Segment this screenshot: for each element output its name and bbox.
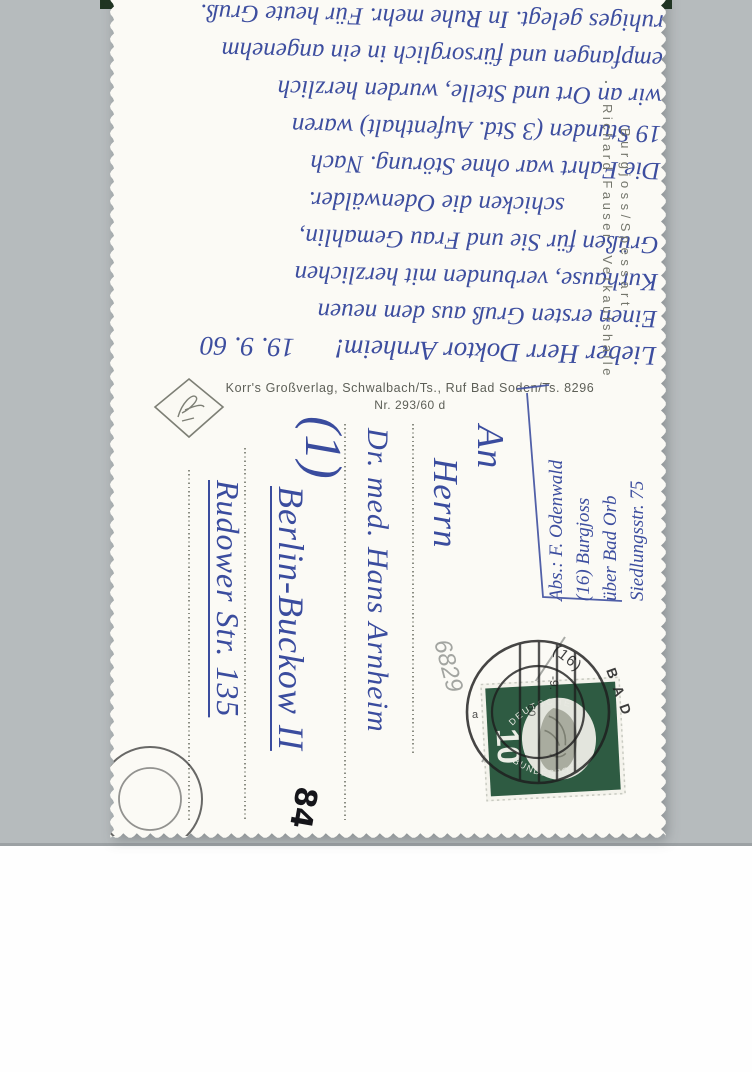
- handwritten-message: Lieber Herr Doktor Arnheim! 19. 9. 60 Ei…: [112, 0, 664, 374]
- sender-address: Abs.: F. Odenwald (16) Burgjoss über Bad…: [543, 460, 651, 601]
- postcard-back: Lieber Herr Doktor Arnheim! 19. 9. 60 Ei…: [110, 0, 666, 838]
- sender-line: Abs.: F. Odenwald: [543, 460, 570, 601]
- publisher-logo-icon: [152, 377, 226, 439]
- postmark-index-letter: a: [472, 709, 479, 721]
- address-city: Berlin-Buckow II: [270, 486, 312, 751]
- postmark: (16) BAD a -9. 60: [460, 620, 660, 815]
- credit-bullet: ·: [603, 72, 609, 93]
- address-street: Rudower Str. 135: [209, 480, 246, 717]
- address-title: Herrn: [425, 458, 465, 549]
- address-rule-line: [344, 424, 346, 822]
- postmark-date: -9.: [547, 676, 561, 690]
- sender-line: (16) Burgjoss: [570, 460, 597, 601]
- address-salutation: An: [468, 425, 512, 469]
- photographer-credit: Richard Fauser, Verkaufshalle: [600, 104, 615, 379]
- sender-line: Siedlungsstr. 75: [624, 460, 651, 601]
- page-margin: [0, 846, 752, 1072]
- sender-line: über Bad Orb: [597, 460, 624, 601]
- corner-ink-mark: 84: [282, 784, 324, 831]
- address-postal-zone: (1): [293, 416, 352, 480]
- postmark-year: 60: [525, 704, 537, 716]
- photographer-location: Burgjoss/Spessart: [618, 128, 633, 310]
- scanned-postcard-back: Lieber Herr Doktor Arnheim! 19. 9. 60 Ei…: [0, 0, 752, 1072]
